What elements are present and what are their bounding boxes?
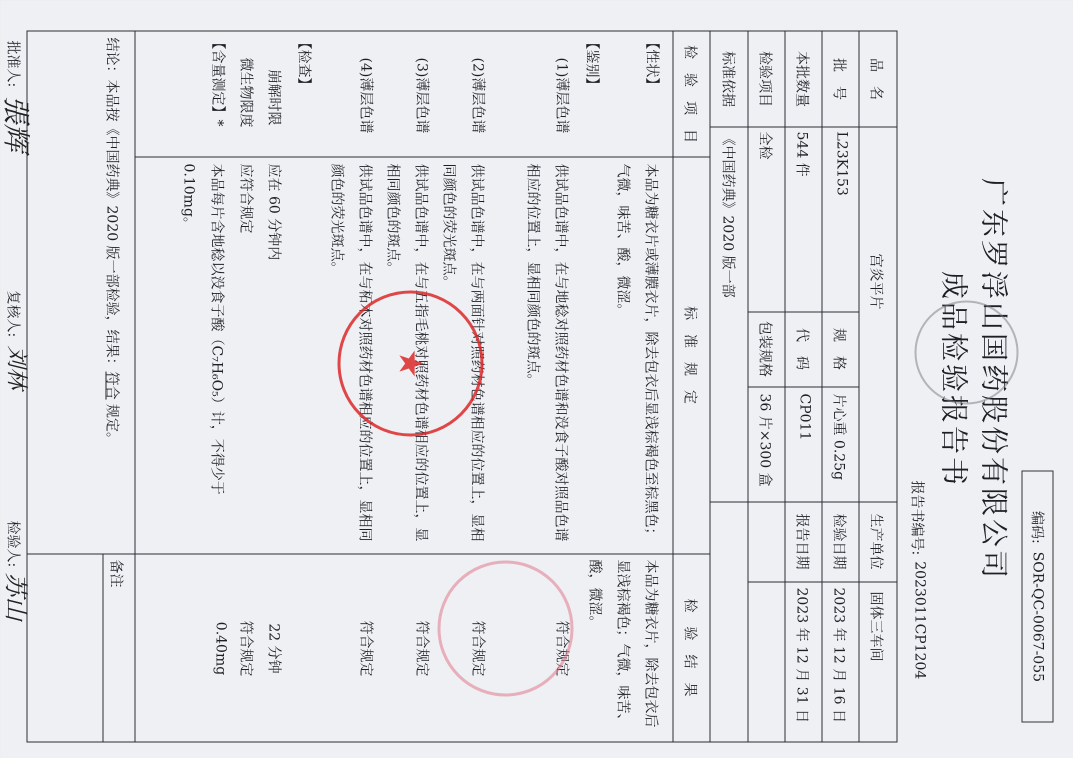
inspection-report-page: 编码: SOR-QC-0067-055 广东罗浮山国药股份有限公司 成品检验报告… <box>0 0 1073 758</box>
inspect-date: 2023 年 12 月 16 日 <box>829 587 849 723</box>
row-result: 本品为糖衣片，除去包衣后显浅棕褐色；气微，味苦、酸，微涩。 <box>580 559 664 737</box>
star-icon: ★ <box>390 348 430 378</box>
product-name: 宫炎平片 <box>866 211 886 351</box>
code: CP011 <box>796 393 812 440</box>
red-quality-stamp: ★ <box>337 290 483 436</box>
conclusion-tail: 规定。 <box>103 404 119 446</box>
doc-code-box: 编码: SOR-QC-0067-055 <box>1021 470 1053 722</box>
producer: 固体三车间 <box>866 591 886 661</box>
package-label: 包装规格 <box>755 311 775 386</box>
row-item: (3)薄层色谱 <box>412 57 432 133</box>
package: 36 片×300 盒 <box>755 393 775 486</box>
inspector-signature: 苏山 <box>0 572 35 620</box>
inspector-label: 检验人: <box>3 520 23 567</box>
row-item: (1)薄层色谱 <box>552 57 572 133</box>
row-result: 符合规定 <box>412 559 432 737</box>
inspect-item-label: 检验项目 <box>755 31 775 126</box>
standard-label: 标准依据 <box>718 31 738 126</box>
row-item: 崩解时限 <box>264 69 284 125</box>
pink-stamp <box>437 560 573 696</box>
header-standard: 标 准 规 定 <box>680 156 700 553</box>
approver-signature: 張辉 <box>0 95 37 151</box>
reviewer-signature: 刘林 <box>2 345 33 389</box>
doc-code-label: 编码: <box>1027 510 1047 543</box>
batch: L23K153 <box>833 131 849 195</box>
row-standard: 本品每片含地稔以没食子酸（C₇H₆O₅）计，不得少于 0.10mg。 <box>174 163 230 548</box>
row-standard: 供试品色谱中，在与地稔对照药材色谱和没食子酸对照品色谱相应的位置上，显相同颜色的… <box>518 163 574 548</box>
quantity-label: 本批数量 <box>792 31 812 126</box>
row-standard: 应符合规定 <box>236 163 256 233</box>
header-result: 检 验 结 果 <box>680 553 700 741</box>
row-item: 微生物限度 <box>236 57 256 127</box>
conclusion-text: 结论：本品按《中国药典》2020 版一部检验，结果： <box>103 37 119 371</box>
spec-label: 规 格 <box>829 311 849 386</box>
approver-label: 批准人: <box>3 40 23 87</box>
info-section: 品 名 宫炎平片 生产单位 固体三车间 批 号 L23K153 规 格 片心重 … <box>710 31 896 741</box>
row-result: 0.40mg <box>212 559 228 737</box>
row-item: (2)薄层色谱 <box>468 57 488 133</box>
code-label: 代 码 <box>792 311 812 386</box>
conclusion-verdict: 符合 <box>103 371 119 399</box>
reviewer-label: 复核人: <box>3 290 23 337</box>
header-item: 检 验 项 目 <box>680 31 700 156</box>
producer-label: 生产单位 <box>866 501 886 581</box>
report-number-row: 报告书编号: 2023011CP1204 <box>907 480 927 679</box>
row-item: 【鉴别】 <box>582 35 602 91</box>
inspect-item: 全检 <box>755 131 775 159</box>
conclusion: 结论：本品按《中国药典》2020 版一部检验，结果：符合 规定。 <box>102 37 122 446</box>
report-date-label: 报告日期 <box>792 501 812 581</box>
row-item: 【检查】 <box>294 35 314 91</box>
quantity: 544 件 <box>792 131 812 176</box>
row-item: 【性状】 <box>642 35 662 91</box>
row-standard: 本品为糖衣片或薄膜衣片，除去包衣后显浅棕褐色至棕黑色；气微，味苦、酸，微涩。 <box>608 163 664 548</box>
doc-code: SOR-QC-0067-055 <box>1029 551 1045 681</box>
report-date: 2023 年 12 月 31 日 <box>792 587 812 723</box>
scanned-report-viewport: 编码: SOR-QC-0067-055 广东罗浮山国药股份有限公司 成品检验报告… <box>0 0 1073 758</box>
row-result: 符合规定 <box>356 559 376 737</box>
standard: 《中国药典》2020 版一部 <box>718 131 738 297</box>
report-no-label: 报告书编号: <box>907 480 927 555</box>
row-result: 符合规定 <box>236 559 256 737</box>
remarks-label: 备注 <box>106 553 126 593</box>
row-standard: 应在 60 分钟内 <box>264 163 284 260</box>
row-item: 【含量测定】* <box>208 35 228 126</box>
batch-label: 批 号 <box>829 31 849 126</box>
gray-stamp <box>914 300 1018 404</box>
row-result: 22 分钟 <box>264 559 284 737</box>
row-item: (4)薄层色谱 <box>356 57 376 133</box>
inspect-date-label: 检验日期 <box>829 501 849 581</box>
spec: 片心重 0.25g <box>829 393 849 480</box>
report-no: 2023011CP1204 <box>907 561 927 679</box>
product-name-label: 品 名 <box>866 31 886 126</box>
